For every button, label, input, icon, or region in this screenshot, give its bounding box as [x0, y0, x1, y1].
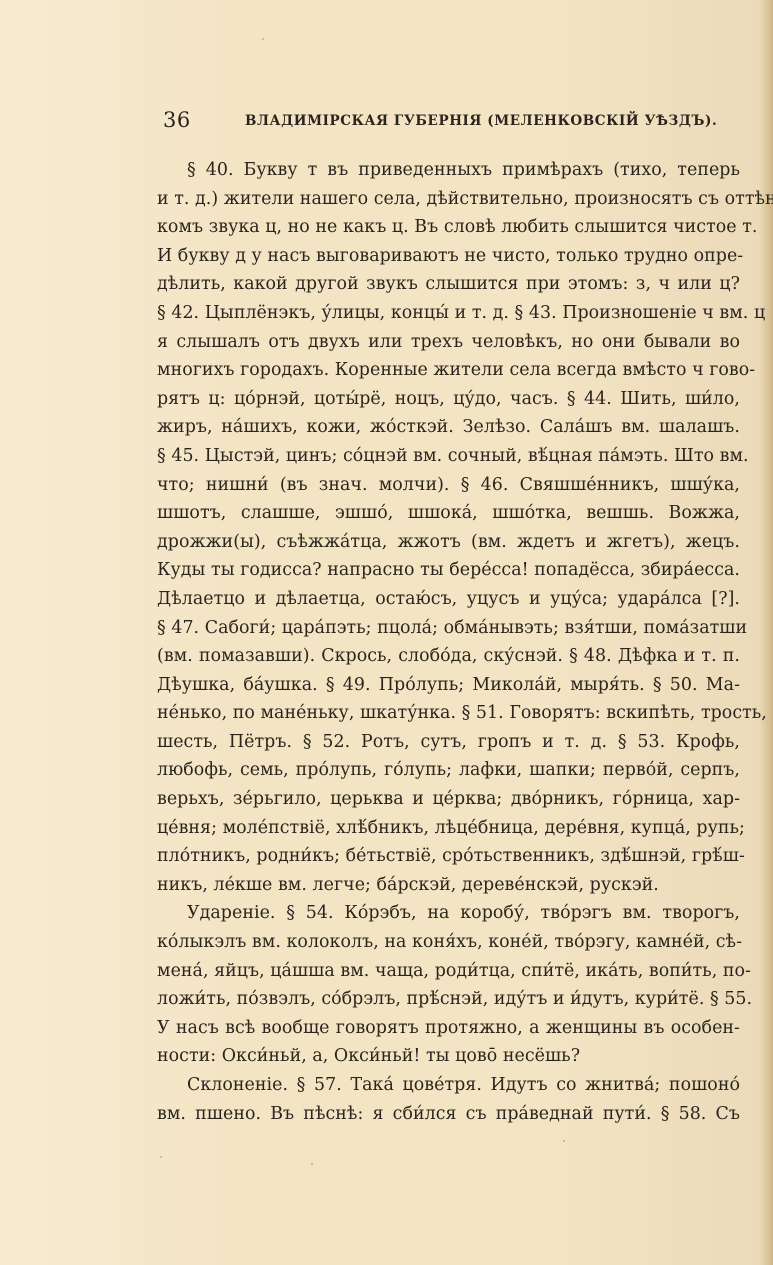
text-line: что; нишни́ (въ знач. молчи). § 46. Свяш… — [157, 471, 740, 500]
paragraph-stress: Удареніе. § 54. Ко́рэбъ, на коробу́, тво… — [157, 899, 740, 1071]
text-line: верьхъ, зе́рьгило, церьква и це́рква; дв… — [157, 785, 740, 814]
text-line: я слышалъ отъ двухъ или трехъ человѣкъ, … — [157, 328, 740, 357]
text-line: вм. пшено. Въ пѣснѣ: я сби́лся съ пра́ве… — [157, 1100, 740, 1129]
text-line: и т. д.) жители нашего села, дѣйствитель… — [157, 185, 740, 214]
text-line: ко́лыкэлъ вм. колоколъ, на коня́хъ, коне… — [157, 928, 740, 957]
text-line: § 45. Цыстэй, цинъ; со́цнэй вм. сочный, … — [157, 442, 740, 471]
paper-speck — [311, 1163, 313, 1165]
page-header: 36 ВЛАДИМІРСКАЯ ГУБЕРНІЯ (МЕЛЕНКОВСКІЙ У… — [163, 108, 743, 138]
text-line: § 42. Цыплёнэкъ, у́лицы, концы́ и т. д. … — [157, 299, 740, 328]
text-line: § 40. Букву т въ приведенныхъ примѣрахъ … — [157, 156, 740, 185]
paper-speck — [262, 38, 264, 40]
text-line: любофь, семь, про́лупь, го́лупь; лафки, … — [157, 756, 740, 785]
text-line: жиръ, на́шихъ, кожи, жо́сткэй. Зелѣзо. С… — [157, 413, 740, 442]
paper-speck — [160, 1156, 162, 1158]
text-line: Дѣлаетцо и дѣлаетца, остаю́съ, уцусъ и у… — [157, 585, 740, 614]
text-line: ложи́ть, по́звэлъ, со́брэлъ, прѣ́снэй, и… — [157, 985, 740, 1014]
book-page: 36 ВЛАДИМІРСКАЯ ГУБЕРНІЯ (МЕЛЕНКОВСКІЙ У… — [0, 0, 773, 1265]
text-line: У насъ всѣ вообще говорятъ протяжно, а ж… — [157, 1014, 740, 1043]
text-line: дѣлить, какой другой звукъ слышится при … — [157, 270, 740, 299]
paragraph-declension: Склоненіе. § 57. Така́ цове́тря. Идутъ с… — [157, 1071, 740, 1128]
text-line: Дѣушка, ба́ушка. § 49. Про́лупь; Микола́… — [157, 671, 740, 700]
text-line: шшотъ, слашше, эшшо́, шшока́, шшо́тка, в… — [157, 499, 740, 528]
text-line: И букву д у насъ выговариваютъ не чисто,… — [157, 242, 740, 271]
text-line: дрожжи(ы), съѣжжа́тца, жжотъ (вм. ждетъ … — [157, 528, 740, 557]
paragraph-phonetics: § 40. Букву т въ приведенныхъ примѣрахъ … — [157, 156, 740, 899]
paper-speck — [563, 1140, 565, 1142]
text-line: Склоненіе. § 57. Така́ цове́тря. Идутъ с… — [157, 1071, 740, 1100]
text-line: це́вня; моле́пствіё, хлѣ́бникъ, лѣце́бни… — [157, 814, 740, 843]
text-line: шесть, Пётръ. § 52. Ротъ, сутъ, гропъ и … — [157, 728, 740, 757]
text-line: комъ звука ц, но не какъ ц. Въ словѣ люб… — [157, 213, 740, 242]
text-line: § 47. Сабоги́; цара́пэть; пцола́; обма́н… — [157, 614, 740, 643]
body-text: § 40. Букву т въ приведенныхъ примѣрахъ … — [157, 156, 740, 1128]
text-line: многихъ городахъ. Коренные жители села в… — [157, 356, 740, 385]
text-line: Удареніе. § 54. Ко́рэбъ, на коробу́, тво… — [157, 899, 740, 928]
text-line: рятъ ц: цо́рнэй, цоты́рё, ноцъ, цу́до, ч… — [157, 385, 740, 414]
text-line: Куды ты годисса? напрасно ты бере́сса! п… — [157, 556, 740, 585]
text-line: ности: Окси́ньй, а, Окси́ньй! ты цово̄ н… — [157, 1042, 740, 1071]
text-line: мена́, яйцъ, ца́шша вм. чаща, роди́тца, … — [157, 957, 740, 986]
text-line: (вм. помазавши). Скрось, слобо́да, ску́с… — [157, 642, 740, 671]
text-line: не́нько, по мане́ньку, шкату́нка. § 51. … — [157, 699, 740, 728]
page-number: 36 — [163, 108, 191, 132]
text-line: пло́тникъ, родни́къ; бе́тьствіё, сро́тьс… — [157, 842, 740, 871]
text-line: никъ, ле́кше вм. легче; ба́рскэй, дереве… — [157, 871, 740, 900]
running-head: ВЛАДИМІРСКАЯ ГУБЕРНІЯ (МЕЛЕНКОВСКІЙ УѢЗД… — [245, 113, 717, 129]
